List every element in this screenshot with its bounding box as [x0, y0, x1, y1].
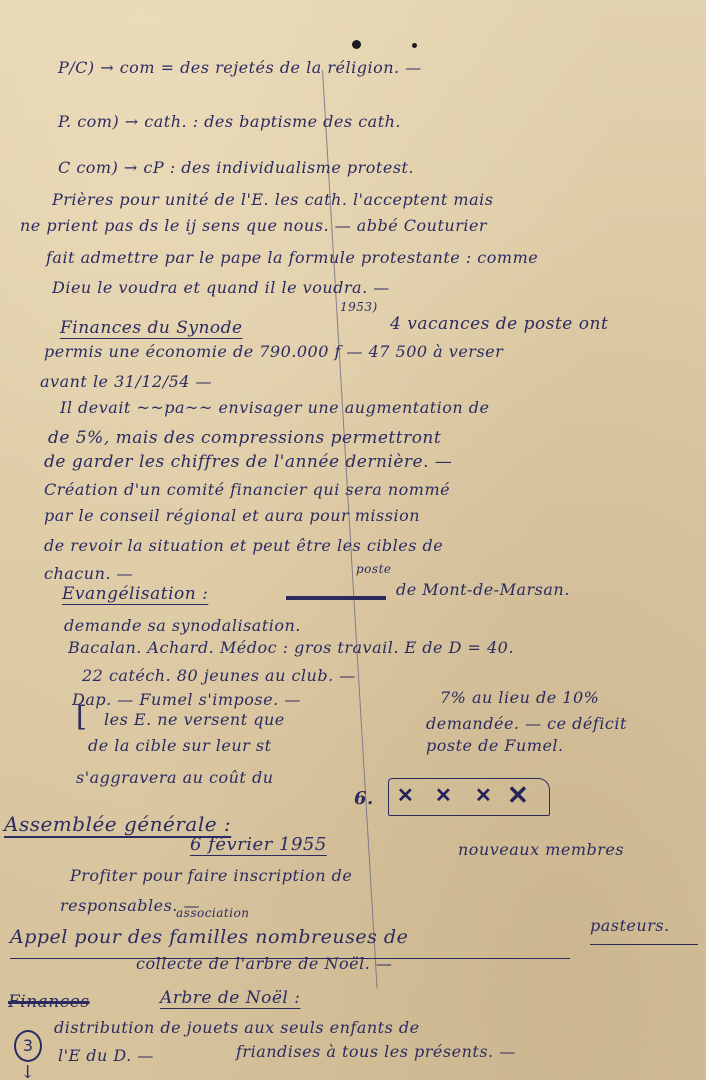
section-heading-assemblee: Assemblée générale :	[4, 812, 231, 836]
assembly-date: 6 février 1955	[190, 834, 327, 855]
ink-dot	[412, 43, 417, 48]
note-line: les E. ne versent que	[104, 710, 285, 729]
note-line: de 5%, mais des compressions permettront	[48, 428, 441, 448]
note-line: friandises à tous les présents. —	[236, 1042, 516, 1061]
note-line: demandée. — ce déficit	[426, 714, 627, 733]
cross-mark: ✕	[435, 783, 452, 807]
note-line: nouveaux membres	[458, 840, 624, 859]
struck-heading: Finances	[8, 992, 90, 1012]
note-line: de Mont-de-Marsan.	[396, 580, 570, 599]
note-line: demande sa synodalisation.	[64, 616, 301, 635]
note-line: 22 catéch. 80 jeunes au club. —	[82, 666, 356, 685]
note-line: distribution de jouets aux seuls enfants…	[54, 1018, 420, 1037]
section-heading-finances: Finances du Synode	[60, 318, 243, 338]
page-number-circle: 3	[14, 1030, 42, 1062]
crossed-out-box: ✕ ✕ ✕ ✕	[388, 778, 550, 816]
note-line: fait admettre par le pape la formule pro…	[46, 248, 538, 267]
year-annotation: 1953)	[340, 300, 378, 314]
note-line: Il devait ~~pa~~ envisager une augmentat…	[60, 398, 490, 417]
cross-mark: ✕	[397, 783, 414, 807]
section-heading-arbre-de-noel: Arbre de Noël :	[160, 988, 300, 1008]
note-line: Création d'un comité financier qui sera …	[44, 480, 450, 499]
note-line: 4 vacances de poste ont	[390, 314, 608, 334]
note-line: Profiter pour faire inscription de	[70, 866, 352, 885]
note-line: s'aggravera au coût du	[76, 768, 274, 787]
note-line: par le conseil régional et aura pour mis…	[44, 506, 420, 525]
arrow-down-icon: ↓	[20, 1062, 35, 1080]
note-line: de garder les chiffres de l'année derniè…	[44, 452, 452, 472]
section-heading-evangelisation: Evangélisation :	[62, 584, 208, 604]
note-line: 7% au lieu de 10%	[440, 688, 599, 707]
punch-hole	[352, 40, 361, 49]
note-line: C com) → cP : des individualisme protest…	[58, 158, 414, 177]
note-line: avant le 31/12/54 —	[40, 372, 212, 391]
note-line: P. com) → cath. : des baptisme des cath.	[58, 112, 401, 131]
note-line: de revoir la situation et peut être les …	[44, 536, 443, 555]
note-line: P/C) → com = des rejetés de la réligion.…	[58, 58, 422, 77]
note-line: pasteurs.	[590, 916, 670, 935]
note-line: chacun. —	[44, 564, 133, 583]
insert-annotation: poste	[356, 562, 392, 576]
note-line: de la cible sur leur st	[88, 736, 272, 755]
note-line: Appel pour des familles nombreuses de	[10, 926, 408, 948]
note-line: Prières pour unité de l'E. les cath. l'a…	[52, 190, 493, 209]
note-line: Bacalan. Achard. Médoc : gros travail. E…	[68, 638, 514, 657]
bracket-mark: [	[76, 700, 87, 733]
note-line: Dap. — Fumel s'impose. —	[72, 690, 301, 709]
cross-mark: ✕	[475, 783, 492, 807]
note-line: ne prient pas ds le ij sens que nous. — …	[20, 216, 487, 235]
manuscript-page: P/C) → com = des rejetés de la réligion.…	[0, 0, 706, 1080]
note-line: permis une économie de 790.000 f — 47 50…	[44, 342, 503, 361]
note-line: poste de Fumel.	[426, 736, 564, 755]
cross-mark: ✕	[507, 781, 529, 811]
note-line: l'E du D. —	[58, 1046, 154, 1065]
note-line: Dieu le voudra et quand il le voudra. —	[52, 278, 390, 297]
note-line: collecte de l'arbre de Noël. —	[136, 954, 392, 973]
insert-annotation: association	[176, 906, 250, 920]
number-six: 6.	[354, 788, 374, 809]
wavy-underline	[590, 944, 698, 945]
struck-word	[286, 596, 386, 600]
